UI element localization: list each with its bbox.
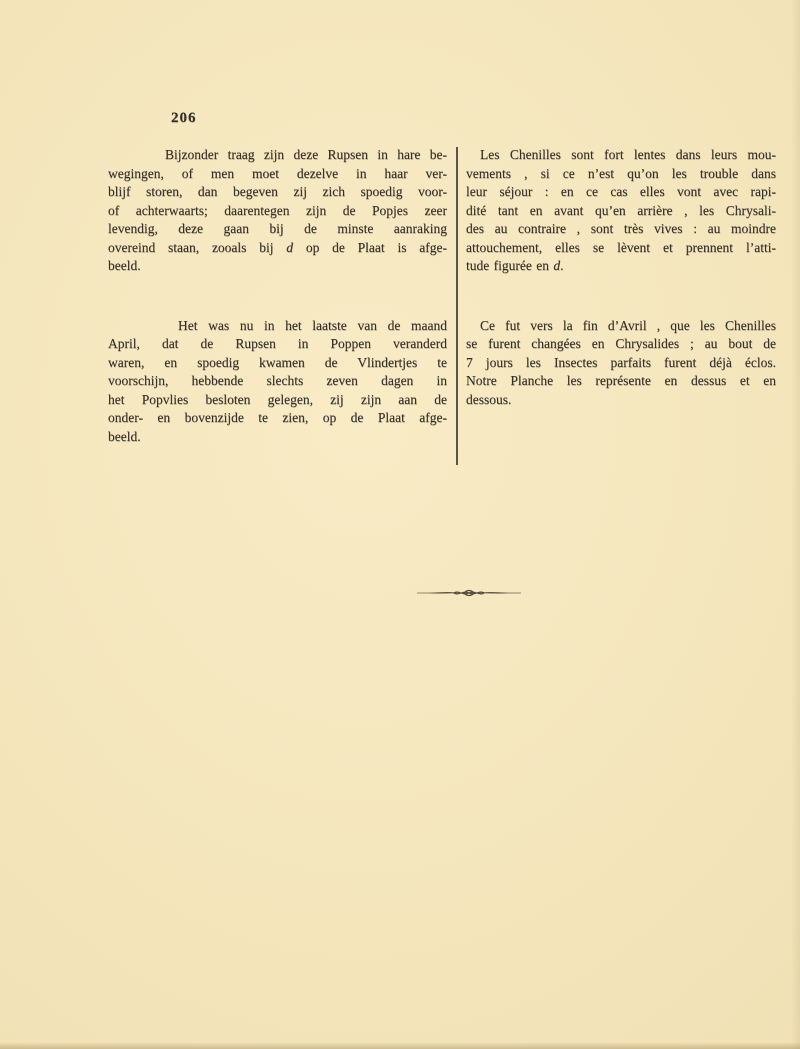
text-line: se furent changées en Chrysalides ; au b… [466, 335, 776, 354]
page-edge-shadow-right [791, 0, 800, 1049]
paragraph-french-2: Ce fut vers la fin d’Avril , que les Che… [466, 317, 776, 410]
text-line: leur séjour : en ce cas elles vont avec … [466, 183, 776, 202]
text-line: Ce fut vers la fin d’Avril , que les Che… [466, 317, 776, 336]
text-line: dité tant en avant qu’en arrière , les C… [466, 202, 776, 221]
text-line: blijf storen, dan begeven zij zich spoed… [108, 183, 447, 202]
text-segment: . [560, 258, 563, 273]
text-segment: op de Plaat is afge- [293, 240, 447, 255]
text-line: overeind staan, zooals bij d op de Plaat… [108, 239, 447, 258]
page-number: 206 [171, 110, 197, 127]
text-line: Het was nu in het laatste van de maand [108, 317, 447, 336]
left-column: Bijzonder traag zijn deze Rupsen in hare… [108, 146, 447, 446]
text-line: tude figurée en d. [466, 257, 776, 276]
text-line: 7 jours les Insectes parfaits furent déj… [466, 354, 776, 373]
page-edge-shadow-bottom [0, 1042, 800, 1049]
text-segment: overeind staan, zooals bij [108, 240, 286, 255]
text-line: beeld. [108, 428, 447, 447]
paragraph-dutch-1: Bijzonder traag zijn deze Rupsen in hare… [108, 146, 447, 276]
text-line: het Popvlies besloten gelegen, zij zijn … [108, 391, 447, 410]
text-line: April, dat de Rupsen in Poppen veranderd [108, 335, 447, 354]
paragraph-dutch-2: Het was nu in het laatste van de maand A… [108, 317, 447, 447]
text-line: dessous. [466, 391, 776, 410]
text-line: of achterwaarts; daarentegen zijn de Pop… [108, 202, 447, 221]
swelled-rule-ornament-icon [416, 587, 522, 599]
text-line: wegingen, of men moet dezelve in haar ve… [108, 165, 447, 184]
column-divider-rule [456, 147, 458, 465]
text-line: attouchement, elles se lèvent et prennen… [466, 239, 776, 258]
text-line: Les Chenilles sont fort lentes dans leur… [466, 146, 776, 165]
text-segment: tude figurée en [466, 258, 553, 273]
text-line: voorschijn, hebbende slechts zeven dagen… [108, 372, 447, 391]
text-line: des au contraire , sont très vives : au … [466, 220, 776, 239]
paragraph-french-1: Les Chenilles sont fort lentes dans leur… [466, 146, 776, 276]
text-line: waren, en spoedig kwamen de Vlindertjes … [108, 354, 447, 373]
text-line: Bijzonder traag zijn deze Rupsen in hare… [108, 146, 447, 165]
right-column: Les Chenilles sont fort lentes dans leur… [466, 146, 776, 409]
text-line: onder- en bovenzijde te zien, op de Plaa… [108, 409, 447, 428]
text-line: Notre Planche les représente en dessus e… [466, 372, 776, 391]
text-line: vements , si ce n’est qu’on les trouble … [466, 165, 776, 184]
text-line: beeld. [108, 257, 447, 276]
text-line: levendig, deze gaan bij de minste aanrak… [108, 220, 447, 239]
